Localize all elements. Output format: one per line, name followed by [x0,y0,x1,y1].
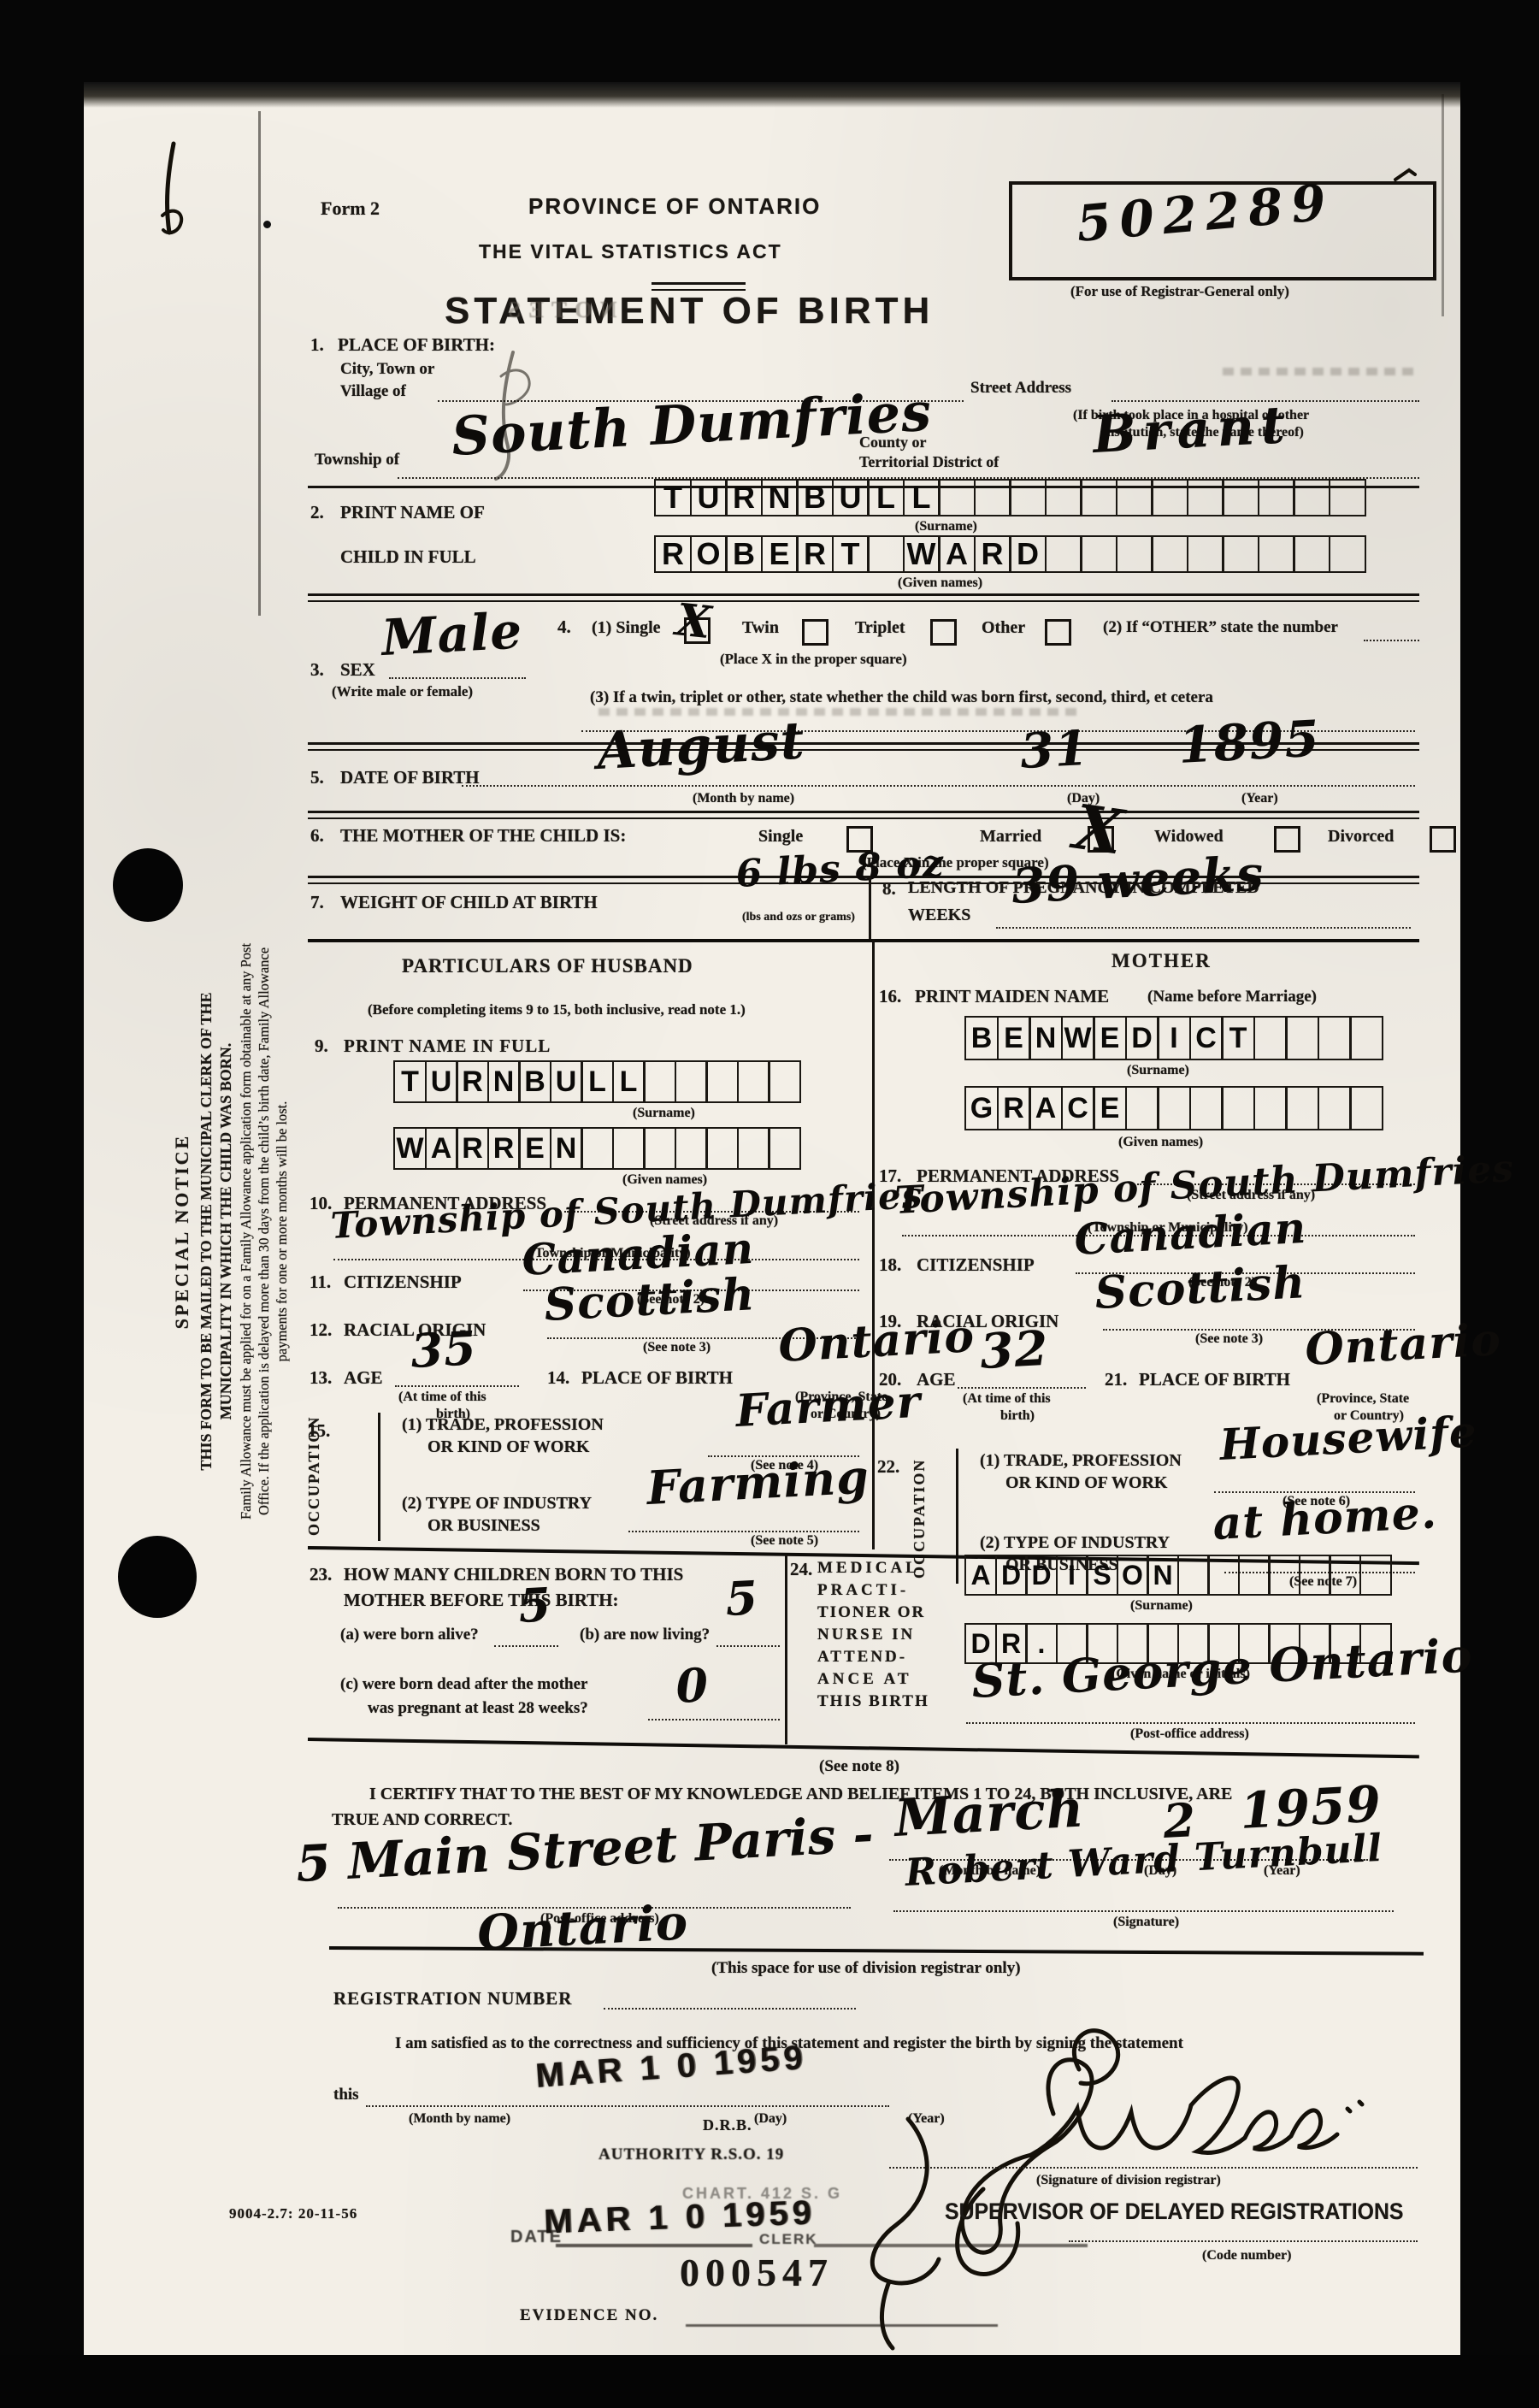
scan-bottom-band [0,2355,1539,2408]
special-notice-heading: SPECIAL NOTICE [172,932,192,1531]
evidence-label: EVIDENCE NO. [520,2307,658,2324]
stamp-date-label: DATE [510,2228,563,2246]
scanned-birth-statement: Form 2 PROVINCE OF ONTARIO THE VITAL STA… [0,0,1539,2408]
special-notice-bold-text: THIS FORM TO BE MAILED TO THE MUNICIPAL … [197,932,237,1531]
evidence-line [686,2324,998,2327]
code-number-caption: (Code number) [1202,2249,1291,2263]
supervisor-label: SUPERVISOR OF DELAYED REGISTRATIONS [945,2199,1403,2223]
special-notice-sidebar: SPECIAL NOTICE THIS FORM TO BE MAILED TO… [172,932,315,1531]
file-number: 000547 [680,2252,834,2293]
print-code: 9004-2.7: 20-11-56 [229,2206,357,2222]
stamp-date-line [556,2244,752,2247]
stamp-clerk-label: CLERK [759,2232,818,2247]
special-notice-body-text: Family Allowance must be applied for on … [237,932,291,1531]
stamp-clerk-line [814,2244,1088,2247]
supervisor-dotted [1069,2239,1418,2242]
